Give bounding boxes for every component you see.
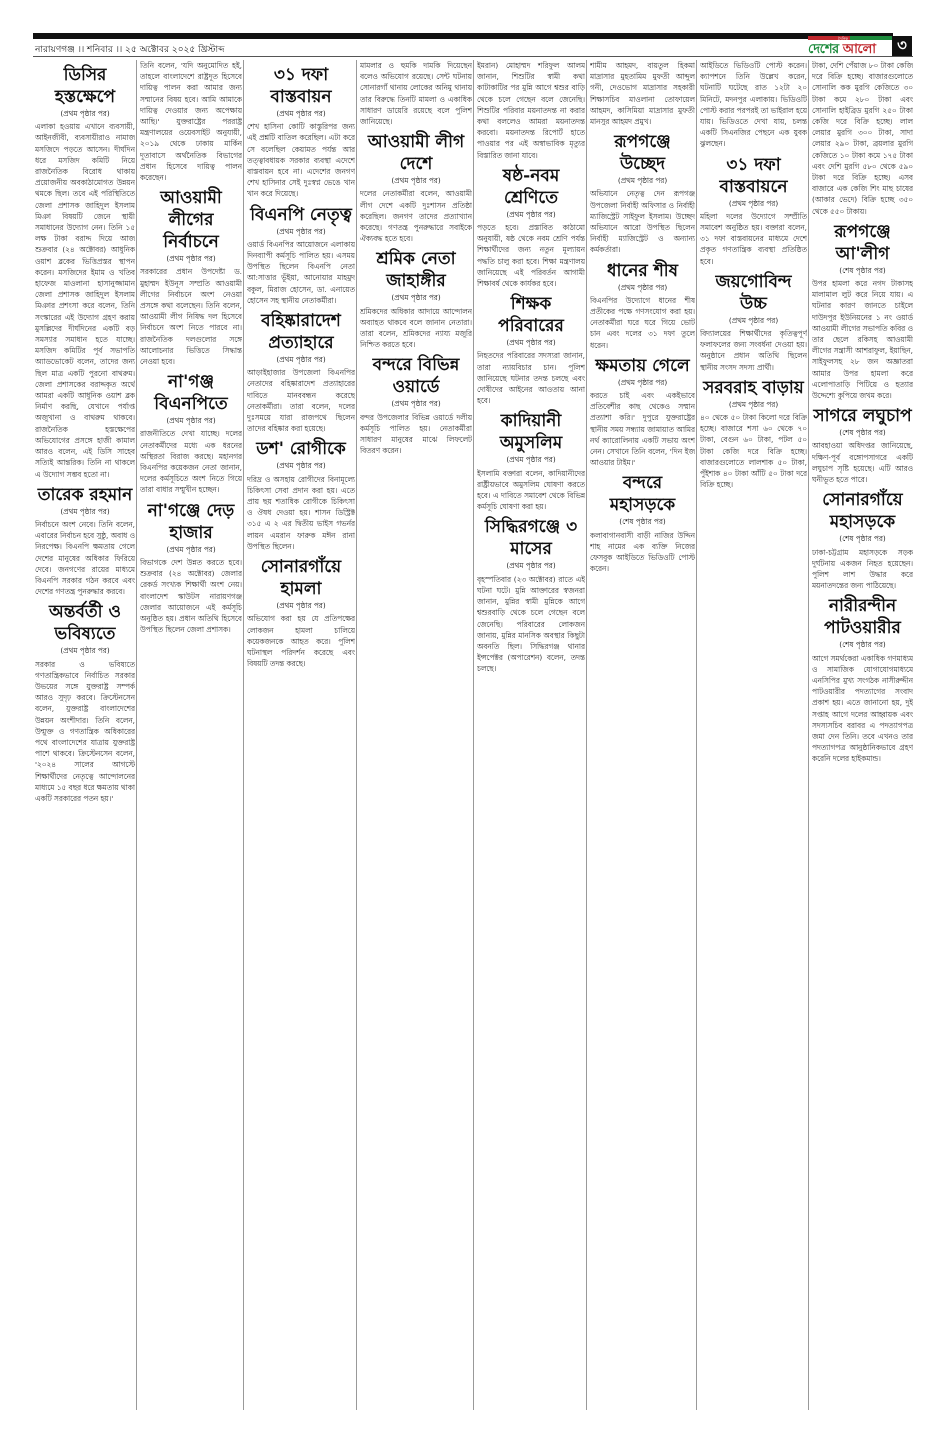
column-4: মামলার ও হুমকি দামকি দিয়েছেন বলেও অভিযো…	[360, 60, 472, 1410]
article: বহিষ্কারাদেশ প্রত্যাহারে(প্রথম পৃষ্ঠার প…	[247, 310, 355, 434]
article: অন্তর্বর্তী ও ভবিষ্যতে(প্রথম পৃষ্ঠার পর)…	[35, 601, 135, 804]
article-headline[interactable]: জয়গোবিন্দ উচ্চ	[700, 271, 807, 315]
column-5: ইমরান) মোহাম্মদ শরিফুল আলম জানান, শিশুটি…	[477, 60, 585, 1410]
article-body: নিহতদের পরিবারের সদস্যরা জানান, তারা ন্য…	[477, 350, 585, 406]
article-headline[interactable]: কাদিয়ানী অমুসলিম	[477, 410, 585, 454]
continuation-note: (শেষ পৃষ্ঠার পর)	[812, 639, 913, 650]
article-headline[interactable]: ক্ষমতায় গেলে	[590, 355, 695, 377]
article-body: রাজনীতিতে দেখা যাচ্ছে। দলের নেতাকর্মীদের…	[140, 428, 242, 495]
article: কাদিয়ানী অমুসলিম(প্রথম পৃষ্ঠার পর)ইসলাম…	[477, 410, 585, 512]
column-1: ডিসির হস্তক্ষেপে(প্রথম পৃষ্ঠার পর)এলাকা …	[35, 60, 135, 1410]
article-headline[interactable]: না'গঞ্জে দেড় হাজার	[140, 500, 242, 544]
article: ডিসির হস্তক্ষেপে(প্রথম পৃষ্ঠার পর)এলাকা …	[35, 64, 135, 480]
continuation-note: (প্রথম পৃষ্ঠার পর)	[35, 645, 135, 656]
column-divider	[473, 60, 474, 1410]
article-body: শামীম আহমদ, বায়তুল হিকমা মাদ্রাসার মুহত…	[590, 60, 695, 127]
article-headline[interactable]: সোনারগাঁয়ে হামলা	[247, 556, 355, 600]
article: বন্দরে মহাসড়কে(শেষ পৃষ্ঠার পর)কলাবাগানব…	[590, 472, 695, 574]
continuation-note: (প্রথম পৃষ্ঠার পর)	[140, 544, 242, 555]
page-number: ৩	[892, 36, 912, 56]
continuation-note: (প্রথম পৃষ্ঠার পর)	[590, 282, 695, 293]
continuation-note: (প্রথম পৃষ্ঠার পর)	[360, 398, 472, 409]
article-body: করতে চাই এবং একইভাবে প্রতিবেশীর কাছ থেকে…	[590, 390, 695, 468]
column-3: ৩১ দফা বাস্তবায়ন(প্রথম পৃষ্ঠার পর)শেখ হ…	[247, 60, 355, 1410]
article: টাকা, দেশি পেঁয়াজ ৮০ টাকা কেজি দরে বিক্…	[812, 60, 913, 217]
article: ষষ্ঠ-নবম শ্রেণিতে(প্রথম পৃষ্ঠার পর)পড়তে…	[477, 165, 585, 289]
column-6: শামীম আহমদ, বায়তুল হিকমা মাদ্রাসার মুহত…	[590, 60, 695, 1410]
newspaper-logo: দৈনিক দেশের আলো	[808, 36, 892, 56]
article-headline[interactable]: শ্রমিক নেতা জাহাঙ্গীর	[360, 248, 472, 292]
continuation-note: (প্রথম পৃষ্ঠার পর)	[360, 175, 472, 186]
continuation-note: (প্রথম পৃষ্ঠার পর)	[247, 108, 355, 119]
article: জয়গোবিন্দ উচ্চ(প্রথম পৃষ্ঠার পর)বিদ্যাল…	[700, 271, 807, 373]
continuation-note: (প্রথম পৃষ্ঠার পর)	[477, 454, 585, 465]
continuation-note: (শেষ পৃষ্ঠার পর)	[590, 516, 695, 527]
article-headline[interactable]: সরবরাহ বাড়ায়	[700, 377, 807, 399]
column-divider	[136, 60, 137, 1410]
article: ৩১ দফা বাস্তবায়নে(প্রথম পৃষ্ঠার পর)মহিল…	[700, 154, 807, 267]
column-divider	[586, 60, 587, 1410]
article-body: মহিলা দলের উদ্যোগে সম্প্রীতি সমাবেশ অনুষ…	[700, 211, 807, 267]
dateline: নারায়ণগঞ্জ ।। শনিবার ।। ২৫ অক্টোবর ২০২৫…	[35, 42, 224, 57]
continuation-note: (প্রথম পৃষ্ঠার পর)	[700, 399, 807, 410]
article-body: তিনি বলেন, 'যদি অনুমোদিত হই, তাহলে বাংলা…	[140, 60, 242, 183]
article: আওয়ামী লীগ দেশে(প্রথম পৃষ্ঠার পর)দলের ন…	[360, 131, 472, 244]
article-headline[interactable]: ডশ' রোগীকে	[247, 438, 355, 460]
continuation-note: (শেষ পৃষ্ঠার পর)	[812, 265, 913, 276]
continuation-note: (প্রথম পৃষ্ঠার পর)	[35, 108, 135, 119]
continuation-note: (প্রথম পৃষ্ঠার পর)	[35, 506, 135, 517]
article-body: বিদ্যালয়ের শিক্ষার্থীদের কৃতিত্বপূর্ণ ফ…	[700, 328, 807, 373]
article-body: মামলার ও হুমকি দামকি দিয়েছেন বলেও অভিযো…	[360, 60, 472, 127]
article-body: আবহাওয়া অধিদপ্তর জানিয়েছে, দক্ষিণ-পূর্…	[812, 440, 913, 485]
article-headline[interactable]: ধানের শীষ	[590, 260, 695, 282]
column-8: টাকা, দেশি পেঁয়াজ ৮০ টাকা কেজি দরে বিক্…	[812, 60, 913, 1410]
article: তিনি বলেন, 'যদি অনুমোদিত হই, তাহলে বাংলা…	[140, 60, 242, 183]
logo-name-part1: দেশের	[808, 42, 843, 57]
article-headline[interactable]: বিএনপি নেতৃত্ব	[247, 204, 355, 226]
article-headline[interactable]: সোনারগাঁয়ে মহাসড়কে	[812, 489, 913, 533]
logo-name: দেশের আলো	[808, 40, 876, 61]
article: না'গঞ্জ বিএনপিতে(প্রথম পৃষ্ঠার পর)রাজনীত…	[140, 371, 242, 495]
continuation-note: (প্রথম পৃষ্ঠার পর)	[590, 377, 695, 388]
article-body: কলাবাগানবাসী বাড়ী নাজির উদ্দিন শাহ নামে…	[590, 530, 695, 575]
article-body: ৪০ থেকে ৫০ টাকা কিলো দরে বিক্রি হচ্ছে। ব…	[700, 412, 807, 490]
masthead-logo: দৈনিক দেশের আলো ৩	[808, 36, 912, 56]
article: সাগরে লঘুচাপ(শেষ পৃষ্ঠার পর)আবহাওয়া অধি…	[812, 405, 913, 485]
article-body: শ্রমিকদের অধিকার আদায়ে আন্দোলন অব্যাহত …	[360, 306, 472, 351]
article-body: বিএনপির উদ্যোগে ধানের শীষ প্রতীকের পক্ষে…	[590, 295, 695, 351]
article-headline[interactable]: বহিষ্কারাদেশ প্রত্যাহারে	[247, 310, 355, 354]
article: আওয়ামী লীগের নির্বাচনে(প্রথম পৃষ্ঠার পর…	[140, 187, 242, 367]
article-body: সরকার ও ভবিষ্যতে গণতান্ত্রিকভাবে নির্বাচ…	[35, 659, 135, 805]
article: সরবরাহ বাড়ায়(প্রথম পৃষ্ঠার পর)৪০ থেকে …	[700, 377, 807, 491]
article: না'গঞ্জে দেড় হাজার(প্রথম পৃষ্ঠার পর)বিভ…	[140, 500, 242, 636]
article-body: অভিযানে নেতৃত্ব দেন রূপগঞ্জ উপজেলা নির্ব…	[590, 188, 695, 255]
article-body: উপর হামলা করে নগদ টাকাসহ মালামাল লুট করে…	[812, 278, 913, 401]
continuation-note: (প্রথম পৃষ্ঠার পর)	[477, 337, 585, 348]
article-body: টাকা, দেশি পেঁয়াজ ৮০ টাকা কেজি দরে বিক্…	[812, 60, 913, 217]
column-7: আইডিতে ভিডিওটি পোস্ট করেন। ক্যাপশনে তিনি…	[700, 60, 807, 1410]
continuation-note: (প্রথম পৃষ্ঠার পর)	[140, 253, 242, 264]
article: শামীম আহমদ, বায়তুল হিকমা মাদ্রাসার মুহত…	[590, 60, 695, 127]
article-body: ইসলামি বক্তারা বলেন, কাদিয়ানীদের রাষ্ট্…	[477, 468, 585, 513]
continuation-note: (প্রথম পৃষ্ঠার পর)	[140, 415, 242, 426]
article-headline[interactable]: আওয়ামী লীগ দেশে	[360, 131, 472, 175]
article: ডশ' রোগীকে(প্রথম পৃষ্ঠার পর)দরিদ্র ও অসহ…	[247, 438, 355, 552]
article-body: শেখ হাসিনা কোটি কাস্তুরিপর জন্য এই প্রশ্…	[247, 121, 355, 199]
header-bottom-rule	[33, 56, 913, 57]
article: বিএনপি নেতৃত্ব(প্রথম পৃষ্ঠার পর)ওয়ার্ড …	[247, 204, 355, 306]
continuation-note: (প্রথম পৃষ্ঠার পর)	[700, 198, 807, 209]
article-body: দরিদ্র ও অসহায় রোগীদের বিনামূল্যে চিকিৎ…	[247, 474, 355, 552]
article-body: দলের নেতাকর্মীরা বলেন, আওয়ামী লীগ দেশে …	[360, 188, 472, 244]
article-headline[interactable]: বন্দরে মহাসড়কে	[590, 472, 695, 516]
masthead-top-rule	[33, 33, 893, 39]
article: ধানের শীষ(প্রথম পৃষ্ঠার পর)বিএনপির উদ্যো…	[590, 260, 695, 351]
article-headline[interactable]: বন্দরে বিভিন্ন ওয়ার্ডে	[360, 354, 472, 398]
article-body: আইডিতে ভিডিওটি পোস্ট করেন। ক্যাপশনে তিনি…	[700, 60, 807, 150]
article-body: অভিযোগ করা হয় যে প্রতিপক্ষের লোকজন হামল…	[247, 613, 355, 669]
continuation-note: (প্রথম পৃষ্ঠার পর)	[700, 315, 807, 326]
article-body: ঢাকা-চট্টগ্রাম মহাসড়কে সড়ক দুর্ঘটনায় …	[812, 547, 913, 592]
article-headline[interactable]: রূপগঞ্জে আ'লীগ	[812, 221, 913, 265]
article: শিক্ষক পরিবারের(প্রথম পৃষ্ঠার পর)নিহতদের…	[477, 293, 585, 406]
article-headline[interactable]: নারীরন্দীন পাটওয়ারীর	[812, 595, 913, 639]
article-headline[interactable]: আওয়ামী লীগের নির্বাচনে	[140, 187, 242, 253]
article: ইমরান) মোহাম্মদ শরিফুল আলম জানান, শিশুটি…	[477, 60, 585, 161]
article: সোনারগাঁয়ে হামলা(প্রথম পৃষ্ঠার পর)অভিযো…	[247, 556, 355, 669]
article-body: পড়তে হবে। প্রস্তাবিত কাঠামো অনুযায়ী, ষ…	[477, 222, 585, 289]
article: শ্রমিক নেতা জাহাঙ্গীর(প্রথম পৃষ্ঠার পর)শ…	[360, 248, 472, 350]
article-headline[interactable]: ৩১ দফা বাস্তবায়নে	[700, 154, 807, 198]
column-2: তিনি বলেন, 'যদি অনুমোদিত হই, তাহলে বাংলা…	[140, 60, 242, 1410]
article: বন্দরে বিভিন্ন ওয়ার্ডে(প্রথম পৃষ্ঠার পর…	[360, 354, 472, 456]
article: নারীরন্দীন পাটওয়ারীর(শেষ পৃষ্ঠার পর)আগে…	[812, 595, 913, 764]
article: ক্ষমতায় গেলে(প্রথম পৃষ্ঠার পর)করতে চাই …	[590, 355, 695, 469]
logo-name-part2: আলো	[843, 42, 876, 57]
continuation-note: (প্রথম পৃষ্ঠার পর)	[590, 175, 695, 186]
article-headline[interactable]: শিক্ষক পরিবারের	[477, 293, 585, 337]
article: মামলার ও হুমকি দামকি দিয়েছেন বলেও অভিযো…	[360, 60, 472, 127]
article-body: ইমরান) মোহাম্মদ শরিফুল আলম জানান, শিশুটি…	[477, 60, 585, 161]
article-body: বন্দর উপজেলার বিভিন্ন ওয়ার্ডে দলীয় কর্…	[360, 412, 472, 457]
article-headline[interactable]: ডিসির হস্তক্ষেপে	[35, 64, 135, 108]
article-body: বিভাগকে দেশ উন্নত করতে হবে। শুক্রবার (২৪…	[140, 557, 242, 635]
article-headline[interactable]: না'গঞ্জ বিএনপিতে	[140, 371, 242, 415]
article: সোনারগাঁয়ে মহাসড়কে(শেষ পৃষ্ঠার পর)ঢাকা…	[812, 489, 913, 591]
column-divider	[243, 60, 244, 1410]
article-headline[interactable]: সিদ্ধিরগঞ্জে ৩ মাসের	[477, 516, 585, 560]
continuation-note: (প্রথম পৃষ্ঠার পর)	[247, 354, 355, 365]
article-body: সরকারের প্রধান উপদেষ্টা ড. মুহাম্মদ ইউনূ…	[140, 266, 242, 367]
column-divider	[808, 60, 809, 1410]
column-divider	[696, 60, 697, 1410]
article-headline[interactable]: সাগরে লঘুচাপ	[812, 405, 913, 427]
article-headline[interactable]: ষষ্ঠ-নবম শ্রেণিতে	[477, 165, 585, 209]
article-body: নির্বাচনে অংশ নেবে। তিনি বলেন, এবারের নি…	[35, 519, 135, 597]
article: তারেক রহমান(প্রথম পৃষ্ঠার পর)নির্বাচনে অ…	[35, 484, 135, 598]
continuation-note: (প্রথম পৃষ্ঠার পর)	[247, 226, 355, 237]
continuation-note: (প্রথম পৃষ্ঠার পর)	[360, 292, 472, 303]
article-body: এলাকা হওয়ায় এখানে ব্যবসায়ী, আইনজীবী, …	[35, 121, 135, 480]
continuation-note: (শেষ পৃষ্ঠার পর)	[812, 533, 913, 544]
article-body: ওয়ার্ড বিএনপির আয়োজনে এলাকায় দিনব্যাপ…	[247, 239, 355, 306]
article: ৩১ দফা বাস্তবায়ন(প্রথম পৃষ্ঠার পর)শেখ হ…	[247, 64, 355, 200]
continuation-note: (শেষ পৃষ্ঠার পর)	[812, 427, 913, 438]
article-headline[interactable]: অন্তর্বর্তী ও ভবিষ্যতে	[35, 601, 135, 645]
article-headline[interactable]: ৩১ দফা বাস্তবায়ন	[247, 64, 355, 108]
continuation-note: (প্রথম পৃষ্ঠার পর)	[247, 600, 355, 611]
article-body: বৃহস্পতিবার (২৩ অক্টোবর) রাতে এই ঘটনা ঘট…	[477, 574, 585, 675]
article-body: আগে সমর্থকেরা একাধিক গণমাধ্যম ও সামাজিক …	[812, 653, 913, 765]
article: আইডিতে ভিডিওটি পোস্ট করেন। ক্যাপশনে তিনি…	[700, 60, 807, 150]
column-divider	[356, 60, 357, 1410]
article: রূপগঞ্জে আ'লীগ(শেষ পৃষ্ঠার পর)উপর হামলা …	[812, 221, 913, 401]
continuation-note: (প্রথম পৃষ্ঠার পর)	[247, 460, 355, 471]
article-headline[interactable]: রূপগঞ্জে উচ্ছেদ	[590, 131, 695, 175]
continuation-note: (প্রথম পৃষ্ঠার পর)	[477, 209, 585, 220]
article-headline[interactable]: তারেক রহমান	[35, 484, 135, 506]
continuation-note: (প্রথম পৃষ্ঠার পর)	[477, 560, 585, 571]
article-body: আড়াইহাজার উপজেলা বিএনপির নেতাদের বহিষ্ক…	[247, 367, 355, 434]
article: রূপগঞ্জে উচ্ছেদ(প্রথম পৃষ্ঠার পর)অভিযানে…	[590, 131, 695, 255]
article: সিদ্ধিরগঞ্জে ৩ মাসের(প্রথম পৃষ্ঠার পর)বৃ…	[477, 516, 585, 674]
